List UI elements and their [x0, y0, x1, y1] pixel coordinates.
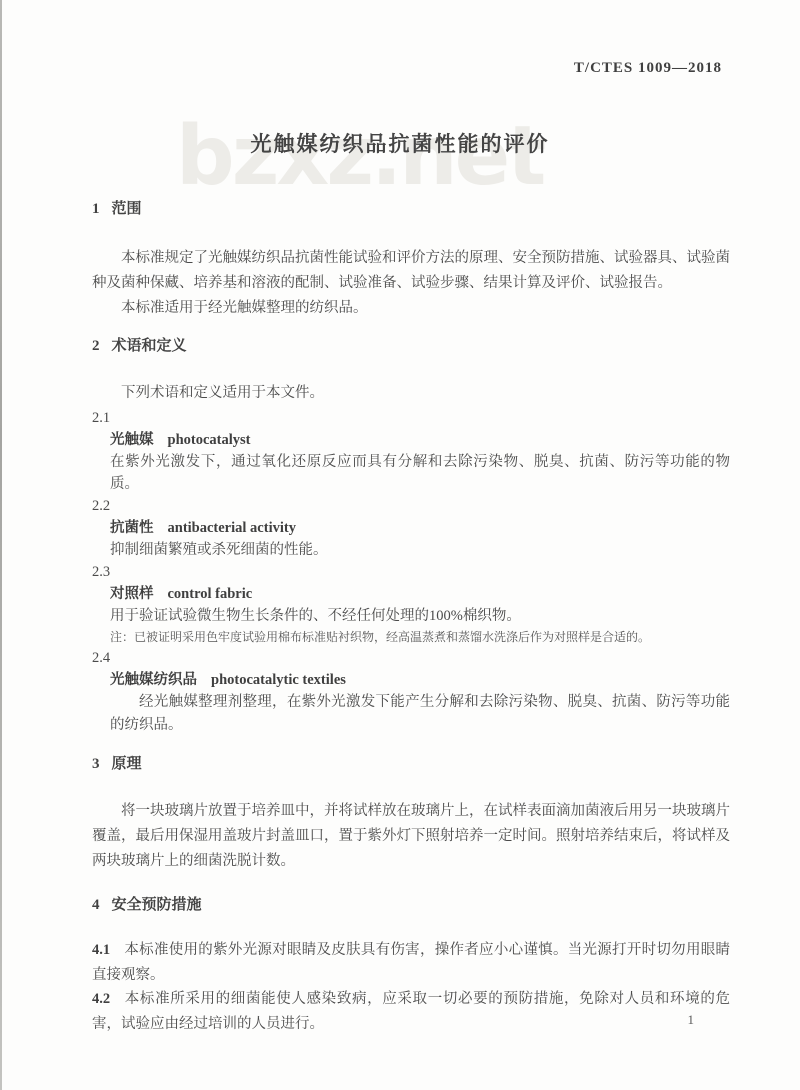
term-chinese: 抗菌性 — [110, 520, 154, 536]
term-title: 光触媒纺织品photocatalytic textiles — [110, 669, 730, 691]
term-number: 2.1 — [92, 407, 730, 429]
term-number: 2.4 — [92, 647, 730, 669]
term-block-2-2: 2.2 抗菌性antibacterial activity 抑制细菌繁殖或杀死细… — [92, 495, 730, 561]
document-page: bzxz.net T/CTES 1009—2018 光触媒纺织品抗菌性能的评价 … — [0, 0, 800, 1090]
term-note: 注：已被证明采用色牢度试验用棉布标准贴衬织物，经高温蒸煮和蒸馏水洗涤后作为对照样… — [110, 627, 730, 647]
section-3-heading: 3原理 — [92, 755, 730, 773]
scope-paragraph-1: 本标准规定了光触媒纺织品抗菌性能试验和评价方法的原理、安全预防措施、试验器具、试… — [92, 246, 730, 296]
page-number: 1 — [688, 1012, 695, 1028]
section-number: 2 — [92, 338, 100, 354]
section-4-heading: 4安全预防措施 — [92, 896, 730, 914]
term-definition: 在紫外光激发下，通过氧化还原反应而具有分解和去除污染物、脱臭、抗菌、防污等功能的… — [110, 451, 730, 495]
clause-text: 本标准使用的紫外光源对眼睛及皮肤具有伤害，操作者应小心谨慎。当光源打开时切勿用眼… — [92, 942, 730, 983]
clause-4-2: 4.2本标准所采用的细菌能使人感染致病，应采取一切必要的预防措施，免除对人员和环… — [92, 987, 730, 1036]
principle-paragraph: 将一块玻璃片放置于培养皿中，并将试样放在玻璃片上，在试样表面滴加菌液后用另一块玻… — [92, 799, 730, 874]
term-definition: 经光触媒整理剂整理，在紫外光激发下能产生分解和去除污染物、脱臭、抗菌、防污等功能… — [110, 691, 730, 737]
standard-code: T/CTES 1009—2018 — [574, 60, 722, 77]
section-2-heading: 2术语和定义 — [92, 337, 730, 355]
term-english: control fabric — [168, 586, 253, 602]
term-block-2-3: 2.3 对照样control fabric 用于验证试验微生物生长条件的、不经任… — [92, 561, 730, 647]
term-block-2-1: 2.1 光触媒photocatalyst 在紫外光激发下，通过氧化还原反应而具有… — [92, 407, 730, 495]
section-1-heading: 1范围 — [92, 200, 730, 218]
term-title: 抗菌性antibacterial activity — [110, 517, 730, 539]
term-english: antibacterial activity — [168, 520, 296, 536]
term-block-2-4: 2.4 光触媒纺织品photocatalytic textiles 经光触媒整理… — [92, 647, 730, 737]
term-definition: 用于验证试验微生物生长条件的、不经任何处理的100%棉织物。 — [110, 605, 730, 627]
terms-list: 2.1 光触媒photocatalyst 在紫外光激发下，通过氧化还原反应而具有… — [92, 407, 730, 737]
section-title: 原理 — [112, 756, 142, 772]
section-title: 范围 — [112, 201, 142, 217]
term-chinese: 光触媒 — [110, 432, 154, 448]
terms-intro: 下列术语和定义适用于本文件。 — [92, 381, 730, 405]
section-title: 安全预防措施 — [112, 897, 202, 913]
clause-number: 4.1 — [92, 942, 110, 958]
term-title: 光触媒photocatalyst — [110, 429, 730, 451]
term-title: 对照样control fabric — [110, 583, 730, 605]
section-number: 4 — [92, 897, 100, 913]
clause-4-1: 4.1本标准使用的紫外光源对眼睛及皮肤具有伤害，操作者应小心谨慎。当光源打开时切… — [92, 938, 730, 987]
term-number: 2.2 — [92, 495, 730, 517]
section-number: 1 — [92, 201, 100, 217]
term-definition: 抑制细菌繁殖或杀死细菌的性能。 — [110, 539, 730, 561]
term-chinese: 光触媒纺织品 — [110, 672, 197, 688]
scope-paragraph-2: 本标准适用于经光触媒整理的纺织品。 — [92, 296, 730, 321]
section-number: 3 — [92, 756, 100, 772]
term-english: photocatalytic textiles — [211, 672, 346, 688]
clause-text: 本标准所采用的细菌能使人感染致病，应采取一切必要的预防措施，免除对人员和环境的危… — [92, 991, 730, 1032]
term-english: photocatalyst — [168, 432, 251, 448]
document-body: 1范围 本标准规定了光触媒纺织品抗菌性能试验和评价方法的原理、安全预防措施、试验… — [92, 192, 730, 1036]
section-title: 术语和定义 — [112, 338, 187, 354]
safety-clauses: 4.1本标准使用的紫外光源对眼睛及皮肤具有伤害，操作者应小心谨慎。当光源打开时切… — [92, 938, 730, 1036]
scan-edge-artifact — [0, 0, 2, 1090]
term-number: 2.3 — [92, 561, 730, 583]
clause-number: 4.2 — [92, 991, 110, 1007]
document-title: 光触媒纺织品抗菌性能的评价 — [0, 128, 800, 158]
term-chinese: 对照样 — [110, 586, 154, 602]
